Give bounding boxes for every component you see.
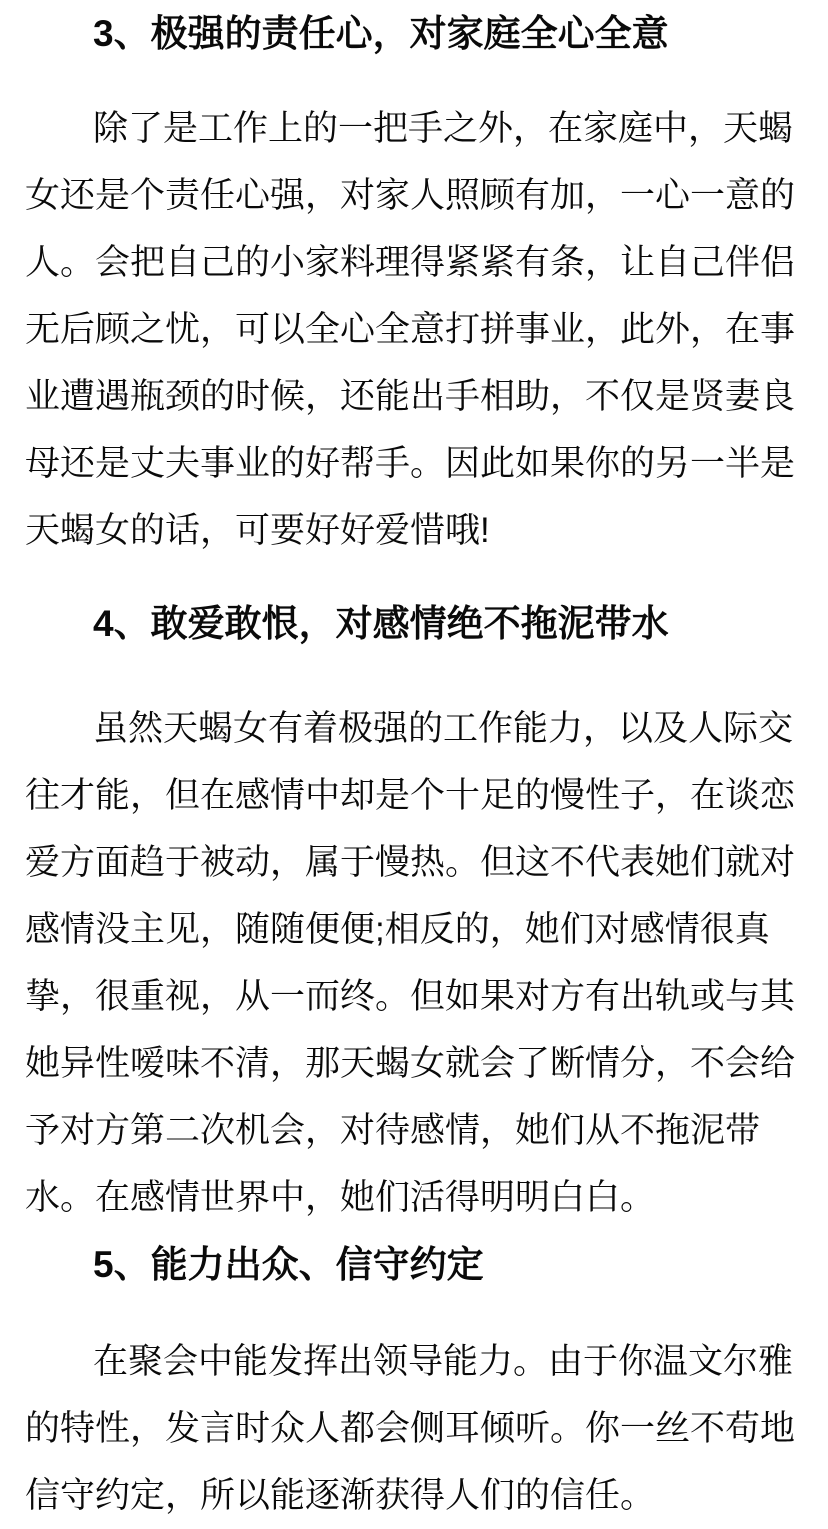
section-3-heading: 3、极强的责任心，对家庭全心全意 [25,0,800,67]
article-page: 3、极强的责任心，对家庭全心全意 除了是工作上的一把手之外，在家庭中，天蝎 女还… [0,0,828,1529]
section-5-paragraph: 在聚会中能发挥出领导能力。由于你温文尔雅 的特性，发言时众人都会侧耳倾听。你一丝… [25,1328,800,1529]
section-5-heading: 5、能力出众、信守约定 [25,1231,800,1298]
section-4-heading: 4、敢爱敢恨，对感情绝不拖泥带水 [25,590,800,657]
section-4-paragraph: 虽然天蝎女有着极强的工作能力，以及人际交 往才能，但在感情中却是个十足的慢性子，… [25,695,800,1231]
section-3: 3、极强的责任心，对家庭全心全意 除了是工作上的一把手之外，在家庭中，天蝎 女还… [25,0,800,564]
section-4: 4、敢爱敢恨，对感情绝不拖泥带水 虽然天蝎女有着极强的工作能力，以及人际交 往才… [25,590,800,1231]
section-3-paragraph: 除了是工作上的一把手之外，在家庭中，天蝎 女还是个责任心强，对家人照顾有加，一心… [25,95,800,564]
section-5: 5、能力出众、信守约定 在聚会中能发挥出领导能力。由于你温文尔雅 的特性，发言时… [25,1231,800,1529]
